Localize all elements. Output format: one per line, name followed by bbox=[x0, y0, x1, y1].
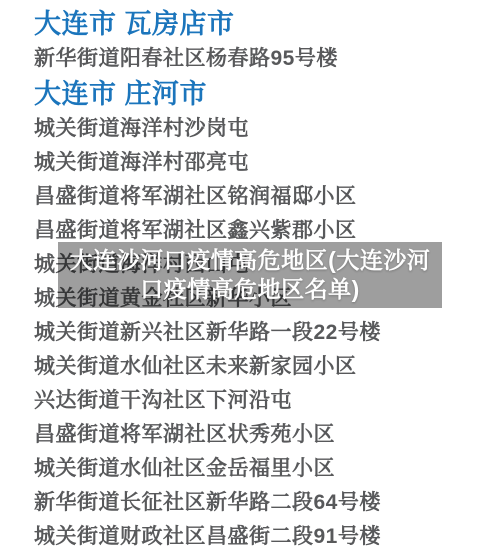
list-item: 城关街道新兴社区新华路一段22号楼 bbox=[34, 316, 490, 350]
list-item: 昌盛街道将军湖社区状秀苑小区 bbox=[34, 418, 490, 452]
section-title-wafangdian: 大连市 瓦房店市 bbox=[34, 6, 490, 42]
list-item: 兴达街道干沟社区下河沿屯 bbox=[34, 384, 490, 418]
list-item: 新华街道阳春社区杨春路95号楼 bbox=[34, 42, 490, 76]
overlay-title-box: 大连沙河口疫情高危地区(大连沙河口疫情高危地区名单) bbox=[58, 242, 442, 308]
list-item: 新华街道长征社区新华路二段64号楼 bbox=[34, 486, 490, 520]
list-item: 城关街道海洋村沙岗屯 bbox=[34, 112, 490, 146]
section-title-zhuanghe: 大连市 庄河市 bbox=[34, 76, 490, 112]
list-item: 城关街道海洋村邵亮屯 bbox=[34, 146, 490, 180]
list-item: 昌盛街道将军湖社区铭润福邸小区 bbox=[34, 180, 490, 214]
list-item: 城关街道财政社区昌盛街二段91号楼 bbox=[34, 520, 490, 551]
list-item: 城关街道水仙社区未来新家园小区 bbox=[34, 350, 490, 384]
list-item: 城关街道水仙社区金岳福里小区 bbox=[34, 452, 490, 486]
overlay-title: 大连沙河口疫情高危地区(大连沙河口疫情高危地区名单) bbox=[64, 246, 436, 304]
